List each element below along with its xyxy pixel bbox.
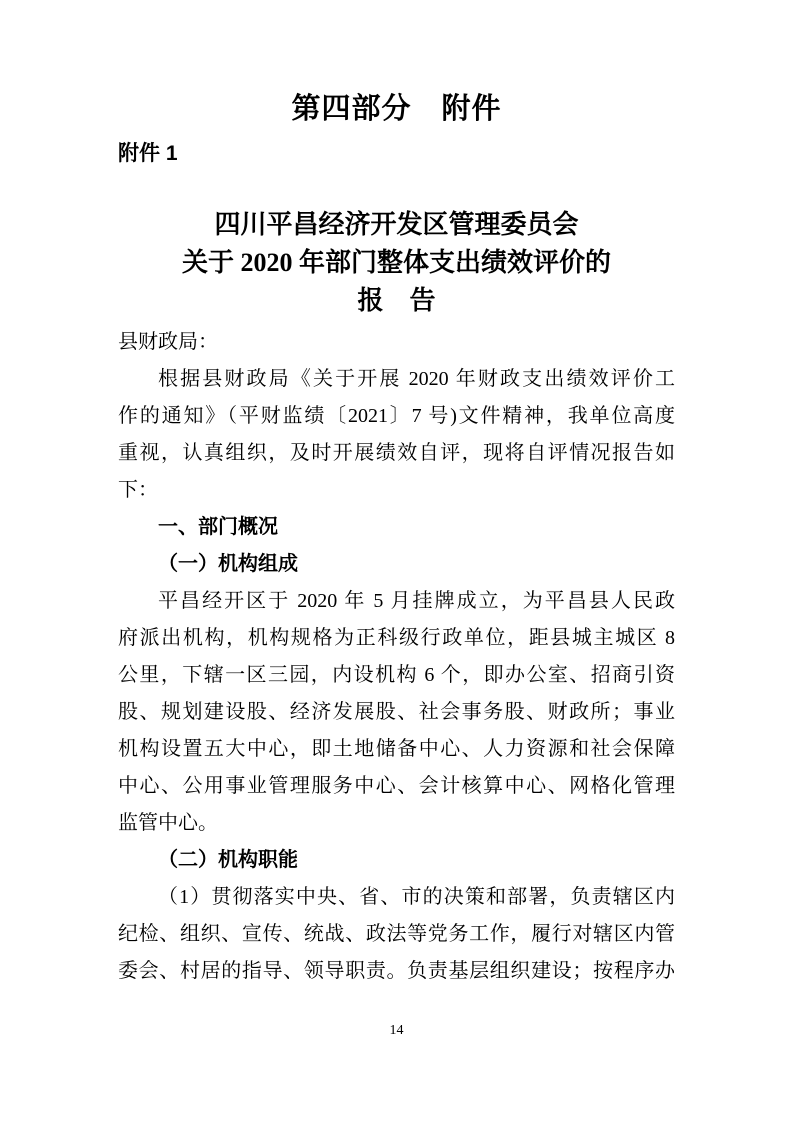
report-title-line: 四川平昌经济开发区管理委员会 — [118, 206, 675, 244]
text-line: 作的通知》（平财监绩〔2021〕7 号)文件精神，我单位高度 — [118, 398, 675, 435]
section-heading: （二）机构职能 — [118, 842, 675, 879]
text-line: 股、规划建设股、经济发展股、社会事务股、财政所；事业 — [118, 694, 675, 731]
document-body: 县财政局：根据县财政局《关于开展 2020 年财政支出绩效评价工作的通知》（平财… — [118, 324, 675, 990]
text-line: 纪检、组织、宣传、统战、政法等党务工作，履行对辖区内管 — [118, 916, 675, 953]
paragraph: （1）贯彻落实中央、省、市的决策和部署，负责辖区内纪检、组织、宣传、统战、政法等… — [118, 879, 675, 990]
text-line: 府派出机构，机构规格为正科级行政单位，距县城主城区 8 — [118, 620, 675, 657]
attachment-label: 附件 1 — [118, 142, 675, 166]
text-line: （二）机构职能 — [118, 842, 675, 879]
report-title: 四川平昌经济开发区管理委员会 关于 2020 年部门整体支出绩效评价的 报 告 — [118, 206, 675, 320]
text-line: 重视，认真组织，及时开展绩效自评，现将自评情况报告如 — [118, 435, 675, 472]
text-line: 根据县财政局《关于开展 2020 年财政支出绩效评价工 — [118, 361, 675, 398]
text-line: （1）贯彻落实中央、省、市的决策和部署，负责辖区内 — [118, 879, 675, 916]
text-line: 中心、公用事业管理服务中心、会计核算中心、网格化管理 — [118, 768, 675, 805]
paragraph: 根据县财政局《关于开展 2020 年财政支出绩效评价工作的通知》（平财监绩〔20… — [118, 361, 675, 509]
paragraph: 县财政局： — [118, 324, 675, 361]
text-line: 公里，下辖一区三园，内设机构 6 个，即办公室、招商引资 — [118, 657, 675, 694]
text-line: 县财政局： — [118, 324, 675, 361]
report-title-line: 报 告 — [118, 282, 675, 320]
text-line: 监管中心。 — [118, 805, 675, 842]
text-line: 机构设置五大中心，即土地储备中心、人力资源和社会保障 — [118, 731, 675, 768]
text-line: 委会、村居的指导、领导职责。负责基层组织建设；按程序办 — [118, 953, 675, 990]
text-line: 一、部门概况 — [118, 509, 675, 546]
section-heading: 一、部门概况 — [118, 509, 675, 546]
paragraph: 平昌经开区于 2020 年 5 月挂牌成立，为平昌县人民政府派出机构，机构规格为… — [118, 583, 675, 842]
text-line: （一）机构组成 — [118, 546, 675, 583]
text-line: 平昌经开区于 2020 年 5 月挂牌成立，为平昌县人民政 — [118, 583, 675, 620]
text-line: 下： — [118, 472, 675, 509]
report-title-line: 关于 2020 年部门整体支出绩效评价的 — [118, 244, 675, 282]
part-title: 第四部分 附件 — [118, 92, 675, 126]
document-page: 第四部分 附件 附件 1 四川平昌经济开发区管理委员会 关于 2020 年部门整… — [0, 0, 793, 1122]
section-heading: （一）机构组成 — [118, 546, 675, 583]
page-number: 14 — [0, 1022, 793, 1040]
